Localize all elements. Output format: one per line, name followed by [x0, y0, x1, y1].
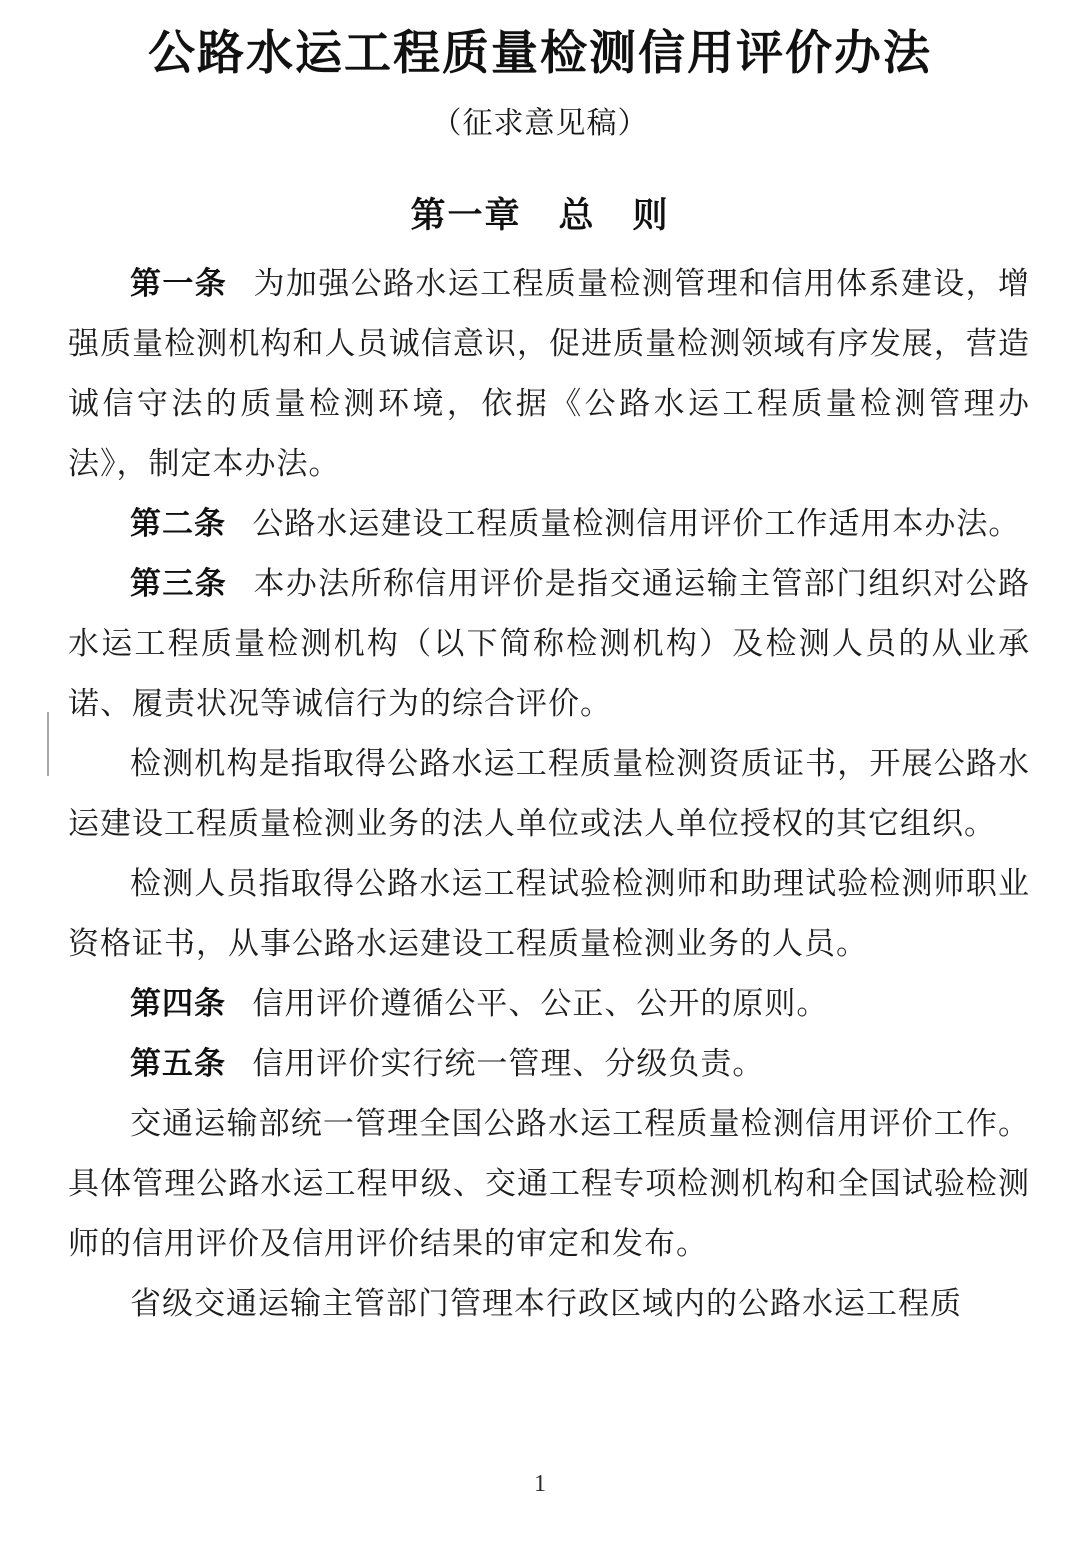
article-number-label: 第一条 [130, 266, 227, 301]
article-number-label: 第五条 [130, 1046, 226, 1081]
paragraph-body: 交通运输部统一管理全国公路水运工程质量检测信用评价工作。具体管理公路水运工程甲级… [68, 1094, 1030, 1274]
article-number-label: 第三条 [130, 566, 227, 601]
paragraph-text: 检测人员指取得公路水运工程试验检测师和助理试验检测师职业资格证书，从事公路水运建… [68, 866, 1030, 961]
paragraph-body: 省级交通运输主管部门管理本行政区域内的公路水运工程质 [68, 1274, 1030, 1334]
paragraph-body: 检测机构是指取得公路水运工程质量检测资质证书，开展公路水运建设工程质量检测业务的… [68, 734, 1030, 854]
paragraph-article-5: 第五条信用评价实行统一管理、分级负责。 [68, 1034, 1030, 1094]
paragraph-article-4: 第四条信用评价遵循公平、公正、公开的原则。 [68, 974, 1030, 1034]
paragraph-article-1: 第一条为加强公路水运工程质量检测管理和信用体系建设，增强质量检测机构和人员诚信意… [68, 254, 1030, 494]
article-number-label: 第四条 [130, 986, 226, 1021]
article-number-label: 第二条 [130, 506, 226, 541]
document-title: 公路水运工程质量检测信用评价办法 [0, 20, 1080, 88]
chapter-heading: 第一章 总 则 [0, 188, 1080, 238]
paragraph-text: 信用评价实行统一管理、分级负责。 [252, 1046, 764, 1081]
page-number: 1 [0, 1471, 1080, 1498]
paragraph-text: 交通运输部统一管理全国公路水运工程质量检测信用评价工作。具体管理公路水运工程甲级… [68, 1106, 1030, 1261]
document-page: 公路水运工程质量检测信用评价办法 （征求意见稿） 第一章 总 则 第一条为加强公… [0, 0, 1080, 1544]
paragraph-text: 公路水运建设工程质量检测信用评价工作适用本办法。 [252, 506, 1020, 541]
document-body: 第一条为加强公路水运工程质量检测管理和信用体系建设，增强质量检测机构和人员诚信意… [68, 254, 1030, 1334]
left-margin-mark [47, 712, 49, 776]
paragraph-text: 信用评价遵循公平、公正、公开的原则。 [252, 986, 828, 1021]
document-subtitle: （征求意见稿） [0, 98, 1080, 142]
paragraph-text: 检测机构是指取得公路水运工程质量检测资质证书，开展公路水运建设工程质量检测业务的… [68, 746, 1030, 841]
paragraph-body: 检测人员指取得公路水运工程试验检测师和助理试验检测师职业资格证书，从事公路水运建… [68, 854, 1030, 974]
paragraph-article-3: 第三条本办法所称信用评价是指交通运输主管部门组织对公路水运工程质量检测机构（以下… [68, 554, 1030, 734]
paragraph-article-2: 第二条公路水运建设工程质量检测信用评价工作适用本办法。 [68, 494, 1030, 554]
paragraph-text: 省级交通运输主管部门管理本行政区域内的公路水运工程质 [130, 1286, 962, 1321]
